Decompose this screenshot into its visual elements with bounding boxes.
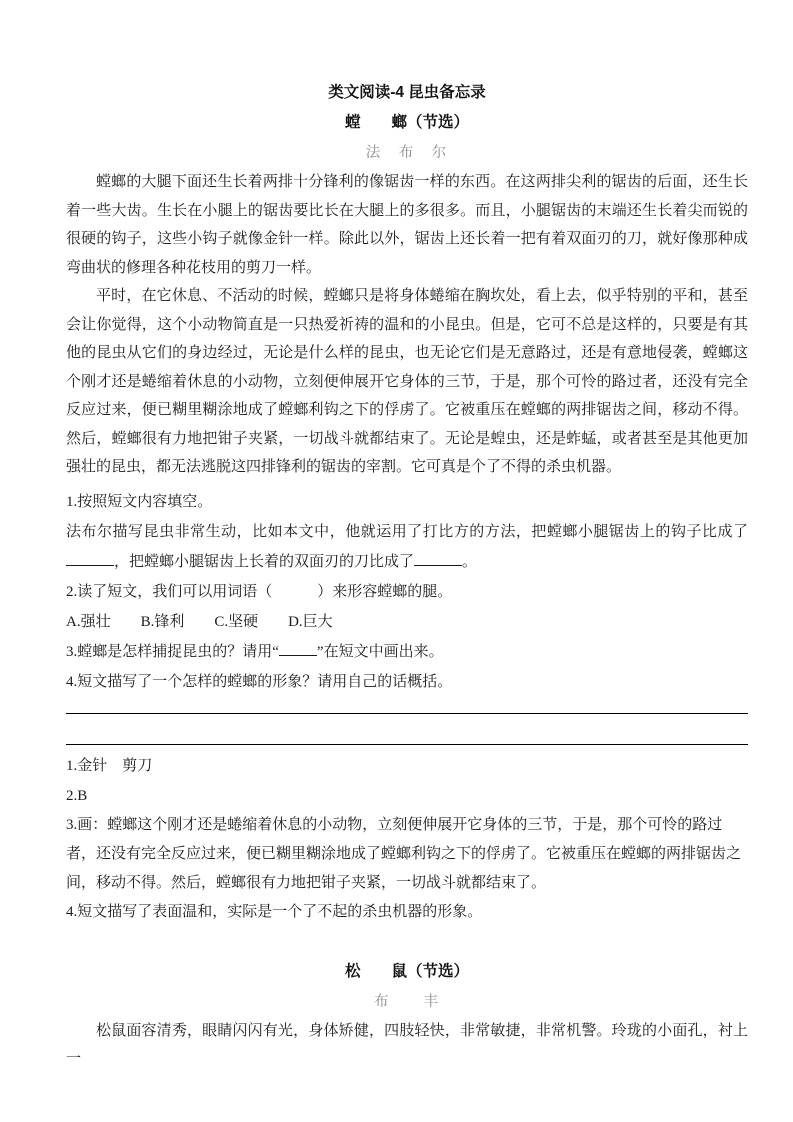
mantis-author: 法 布 尔 [66,138,748,168]
question-1-body: 法布尔描写昆虫非常生动，比如本文中，他就运用了打比方的方法，把螳螂小腿锯齿上的钩… [66,517,748,577]
mantis-paragraph-2: 平时，在它休息、不活动的时候，螳螂只是将身体蜷缩在胸坎处，看上去，似乎特别的平和… [66,282,748,482]
question-4: 4.短文描写了一个怎样的螳螂的形象？请用自己的话概括。 [66,667,748,697]
fill-blank-2 [414,551,462,566]
document-page: 类文阅读-4 昆虫备忘录 螳 螂（节选） 法 布 尔 螳螂的大腿下面还生长着两排… [0,0,793,1122]
fill-blank-1 [66,551,114,566]
squirrel-section: 松 鼠（节选） 布 丰 松鼠面容清秀，眼睛闪闪有光，身体矫健，四肢轻快，非常敏捷… [66,957,748,1074]
mantis-paragraph-1: 螳螂的大腿下面还生长着两排十分锋利的像锯齿一样的东西。在这两排尖利的锯齿的后面，… [66,168,748,282]
answer-2: 2.B [66,781,748,811]
question-3-text-2: ”在短文中画出来。 [317,644,444,660]
question-3-text-1: 3.螳螂是怎样捕捉昆虫的？请用“ [66,644,279,660]
answer-3: 3.画：螳螂这个刚才还是蜷缩着休息的小动物，立刻便伸展开它身体的三节，于是，那个… [66,811,748,898]
question-1-text-3: 。 [462,554,477,570]
answer-1: 1.金针 剪刀 [66,751,748,781]
question-3: 3.螳螂是怎样捕捉昆虫的？请用“”在短文中画出来。 [66,637,748,667]
answer-writing-line-1 [66,713,748,714]
squirrel-author: 布 丰 [66,987,748,1017]
squirrel-heading: 松 鼠（节选） [66,957,748,987]
question-1-text-2: ，把螳螂小腿锯齿上长着的双面刃的刀比成了 [114,554,414,570]
mantis-section: 螳 螂（节选） 法 布 尔 螳螂的大腿下面还生长着两排十分锋利的像锯齿一样的东西… [66,108,748,927]
question-1-label: 1.按照短文内容填空。 [66,487,748,517]
underline-blank [279,641,317,656]
question-2: 2.读了短文，我们可以用词语（ ）来形容螳螂的腿。 [66,577,748,607]
question-2-options: A.强壮 B.锋利 C.坚硬 D.巨大 [66,607,748,637]
answer-writing-line-2 [66,744,748,745]
squirrel-paragraph-1: 松鼠面容清秀，眼睛闪闪有光，身体矫健，四肢轻快，非常敏捷，非常机警。玲珑的小面孔… [66,1017,748,1074]
question-1-text-1: 法布尔描写昆虫非常生动，比如本文中，他就运用了打比方的方法，把螳螂小腿锯齿上的钩… [66,524,748,540]
answer-4: 4.短文描写了表面温和，实际是一个了不起的杀虫机器的形象。 [66,898,748,927]
doc-title: 类文阅读-4 昆虫备忘录 [66,78,748,108]
mantis-heading: 螳 螂（节选） [66,108,748,138]
